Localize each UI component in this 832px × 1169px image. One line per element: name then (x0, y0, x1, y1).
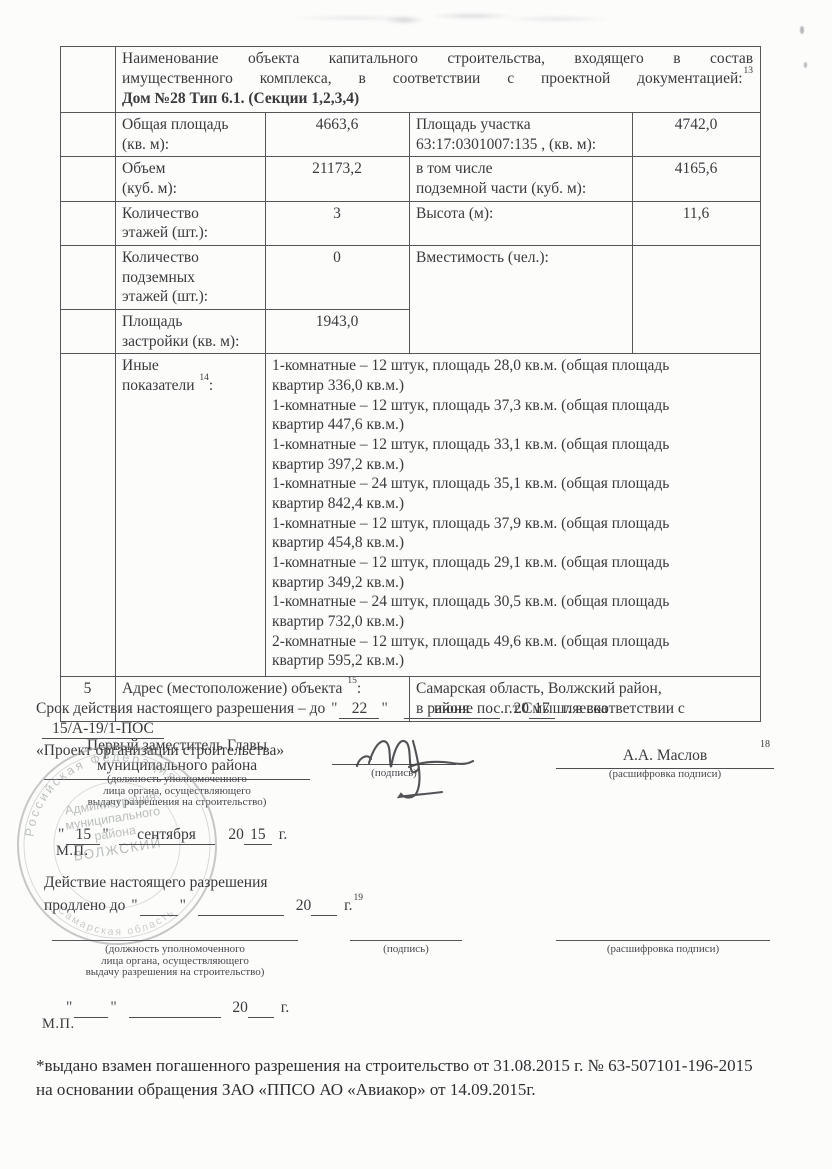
metric-value: 4742,0 (633, 113, 761, 157)
metric-label: Количество этажей (шт.): (116, 201, 266, 245)
day-blank: 22 (339, 700, 379, 719)
metric-label: Объем (куб. м): (116, 157, 266, 201)
table-row: Количество этажей (шт.): 3 Высота (м): 1… (61, 201, 761, 245)
apartment-line: 1-комнатные – 12 штук, площадь 37,3 кв.м… (272, 396, 753, 435)
seal-mark: М.П. (56, 843, 89, 860)
metric-label: Площадь участка 63:17:0301007:135 , (кв.… (410, 113, 633, 157)
row-number-cell (61, 47, 116, 113)
blank-date-line: "" 20 г. (64, 998, 289, 1018)
title-line: имущественного комплекса, в соответствии… (122, 69, 753, 89)
footnote-ref-13: 13 (744, 66, 754, 76)
metric-value (633, 246, 761, 354)
metric-label: Общая площадь (кв. м): (116, 113, 266, 157)
extension-month-blank (198, 915, 284, 916)
issue-month: сентября (119, 826, 215, 845)
extension-section: Действие настоящего разрешения продлено … (44, 873, 464, 916)
scan-artifact (268, 8, 608, 28)
replacement-footnote: *выдано взамен погашенного разрешения на… (36, 1054, 816, 1102)
blank-day (74, 1017, 108, 1018)
table-row: Объем (куб. м): 21173,2 в том числе подз… (61, 157, 761, 201)
blank-month (129, 1017, 221, 1018)
signature2-sign-line (350, 924, 462, 941)
object-name: Дом №28 Тип 6.1. (Секции 1,2,3,4) (122, 89, 753, 109)
apartment-line: 2-комнатные – 12 штук, площадь 49,6 кв.м… (272, 632, 753, 671)
apartment-line: 1-комнатные – 12 штук, площадь 37,9 кв.м… (272, 514, 753, 553)
name-caption: (расшифровка подписи) (556, 769, 774, 781)
apartment-line: 1-комнатные – 12 штук, площадь 33,1 кв.м… (272, 435, 753, 474)
year-blank: 17 (529, 700, 555, 719)
signature2-sign-caption: (подпись) (350, 944, 462, 956)
signature2-position-caption: (должность уполномоченного лица органа, … (40, 944, 310, 979)
signature2-name-line (556, 924, 770, 941)
metric-label: Количество подземных этажей (шт.): (116, 246, 266, 310)
metric-label: Площадь застройки (кв. м): (116, 310, 266, 354)
extension-date-line: продлено до "" 20 г.19 (44, 896, 464, 916)
footnote-ref-14: 14 (199, 373, 209, 383)
seal-mark-2: М.П. (42, 1016, 75, 1033)
apartment-line: 1-комнатные – 12 штук, площадь 28,0 кв.м… (272, 356, 753, 395)
approver-name: А.А. Маслов (556, 746, 774, 769)
other-indicators-label: Иные показатели 14: (116, 354, 266, 677)
apartment-line: 1-комнатные – 24 штук, площадь 35,1 кв.м… (272, 474, 753, 513)
metric-value: 4165,6 (633, 157, 761, 201)
metric-value: 0 (266, 246, 410, 310)
scan-speck (804, 62, 807, 68)
extension-day-blank (140, 915, 178, 916)
metric-value: 11,6 (633, 201, 761, 245)
table-title-cell: Наименование объекта капитального строит… (116, 47, 761, 113)
metric-label: в том числе подземной части (куб. м): (410, 157, 633, 201)
apartment-line: 1-комнатные – 12 штук, площадь 29,1 кв.м… (272, 553, 753, 592)
apartments-list: 1-комнатные – 12 штук, площадь 28,0 кв.м… (272, 356, 753, 671)
issue-day: 15 (66, 826, 100, 845)
apartment-line: 1-комнатные – 24 штук, площадь 30,5 кв.м… (272, 592, 753, 631)
object-parameters-table: Наименование объекта капитального строит… (60, 46, 761, 722)
month-blank: июня (404, 700, 500, 719)
metric-value: 4663,6 (266, 113, 410, 157)
table-row: Иные показатели 14: 1-комнатные – 12 шту… (61, 354, 761, 677)
metric-value: 3 (266, 201, 410, 245)
metric-label: Высота (м): (410, 201, 633, 245)
metric-value: 21173,2 (266, 157, 410, 201)
handwritten-signature (350, 736, 500, 816)
issue-date-line: "15" сентября 2015 г. (56, 825, 287, 845)
blank-year (248, 1017, 274, 1018)
table-row: Общая площадь (кв. м): 4663,6 Площадь уч… (61, 113, 761, 157)
issue-year: 15 (244, 826, 272, 845)
footnote-ref-19: 19 (354, 893, 364, 903)
table-row: Количество подземных этажей (шт.): 0 Вме… (61, 246, 761, 310)
signature2-name-caption: (расшифровка подписи) (556, 944, 770, 956)
footnote-ref-15: 15 (347, 677, 357, 686)
other-indicators-value: 1-комнатные – 12 штук, площадь 28,0 кв.м… (266, 354, 761, 677)
metric-value: 1943,0 (266, 310, 410, 354)
extension-year-blank (311, 915, 337, 916)
scanned-construction-permit-page: Наименование объекта капитального строит… (0, 0, 832, 1169)
scan-speck (800, 26, 804, 34)
signature2-position-line (52, 924, 298, 941)
title-line: Наименование объекта капитального строит… (122, 49, 753, 69)
metric-label: Вместимость (чел.): (410, 246, 633, 354)
